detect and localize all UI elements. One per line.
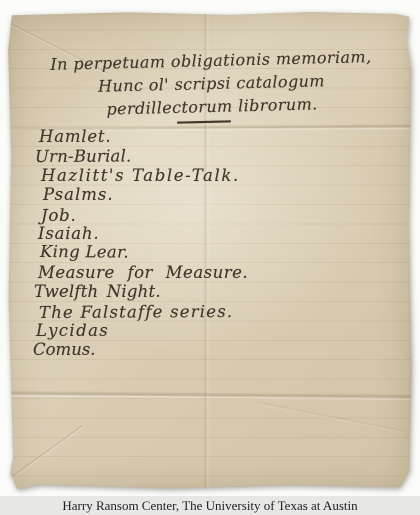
manuscript-photo: In perpetuam obligationis memoriam, Hunc… — [0, 0, 420, 515]
list-item: Measure for Measure. — [38, 263, 400, 282]
credit-caption-text: Harry Ransom Center, The University of T… — [62, 498, 357, 514]
list-item: King Lear. — [40, 242, 400, 263]
paper-shadow-wrap: In perpetuam obligationis memoriam, Hunc… — [0, 0, 420, 515]
horizontal-crease-bottom — [7, 390, 412, 401]
latin-inscription: In perpetuam obligationis memoriam, Hunc… — [24, 44, 399, 122]
diagonal-crease-bottom-left — [5, 424, 84, 483]
list-item: Hazlitt's Table-Talk. — [41, 166, 400, 185]
list-item: Job. — [41, 204, 400, 225]
book-list: Hamlet. Urn-Burial. Hazlitt's Table-Talk… — [33, 127, 400, 360]
list-item: The Falstaffe series. — [39, 301, 400, 322]
list-item: Psalms. — [43, 185, 400, 204]
list-item: Lycidas — [36, 321, 400, 340]
list-item: Hamlet. — [39, 127, 400, 146]
list-item: Isaiah. — [38, 224, 400, 243]
diagonal-crease-bottom-right — [257, 401, 405, 435]
manuscript-paper: In perpetuam obligationis memoriam, Hunc… — [7, 11, 412, 490]
list-item: Twelfth Night. — [34, 282, 400, 301]
inscription-underline — [177, 120, 231, 123]
credit-caption-band: Harry Ransom Center, The University of T… — [0, 496, 420, 515]
list-item: Comus. — [33, 340, 400, 359]
list-item: Urn-Burial. — [35, 145, 400, 166]
